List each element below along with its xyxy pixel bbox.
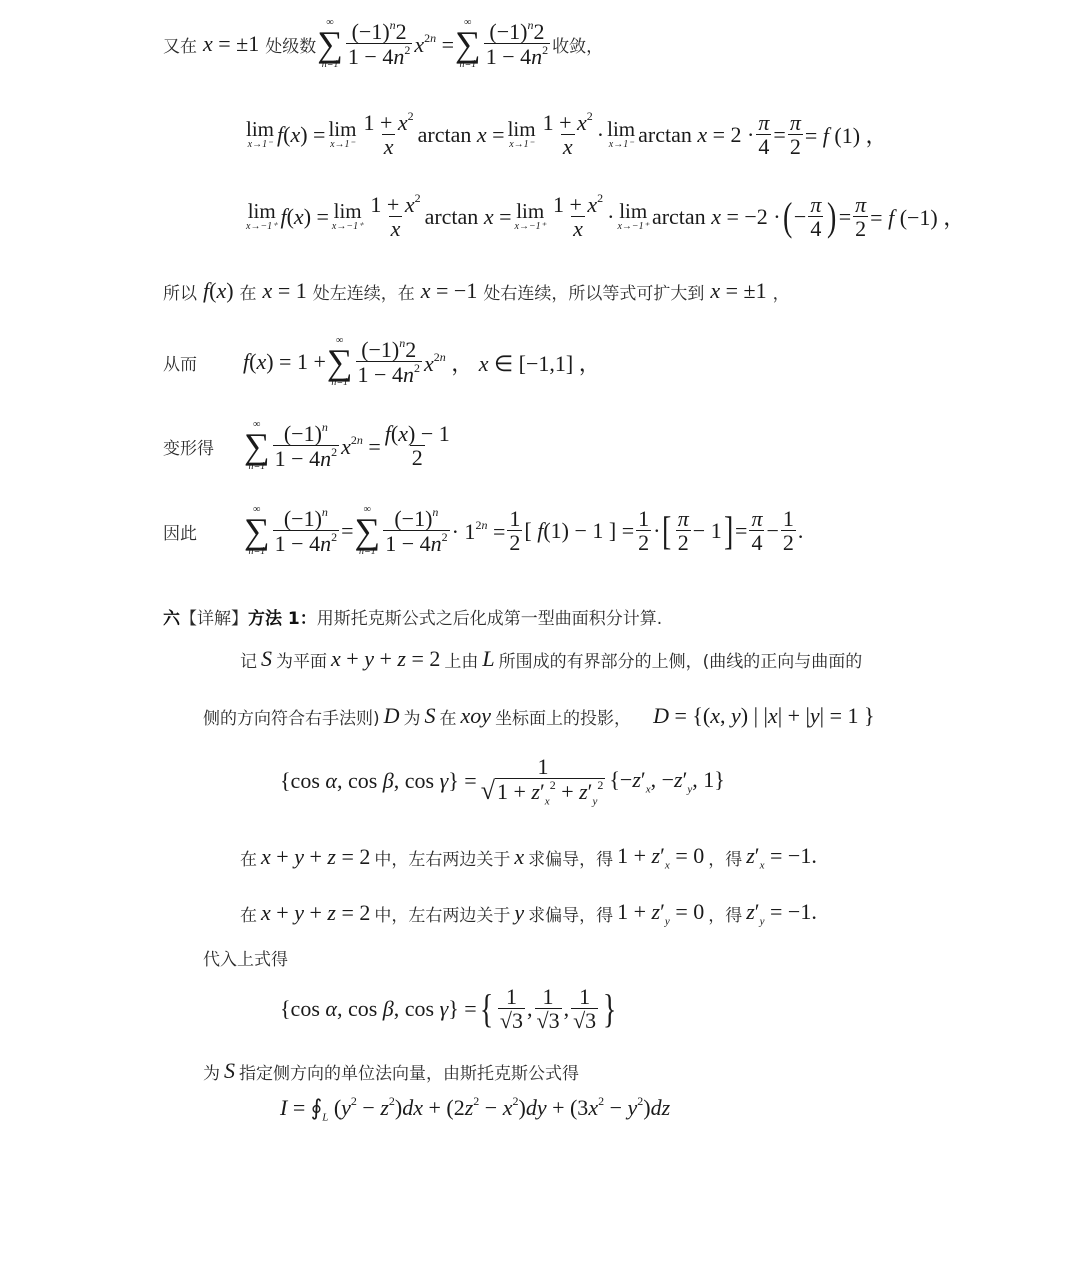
limit-right-line: limx→−1⁺ f(x) = limx→−1⁺ 1 + x2x arctan … <box>243 192 965 241</box>
conclusion-line: 因此 ∞∑n=1 (−1)n1 − 4n2 = ∞∑n=1 (−1)n1 − 4… <box>163 505 803 557</box>
partial-derivative-x: 在x + y + z = 2 中，左右两边关于x 求偏导，得1 + z′x = … <box>240 843 821 871</box>
text-fragment: 收敛， <box>552 32 603 57</box>
set-definition: D = {(x, y) | |x| + |y| = 1 } <box>653 703 874 729</box>
fraction: (−1)n21 − 4n2 <box>346 19 412 69</box>
text-fragment: 又在 <box>163 32 197 57</box>
math-fragment: x = ±1 <box>203 31 259 57</box>
fraction: (−1)n21 − 4n2 <box>484 19 550 69</box>
paragraph-line: 侧的方向符合右手法则)D 为S 在xoy 坐标面上的投影， D = {(x, y… <box>203 703 875 729</box>
limit-left-line: limx→1⁻ f(x) = limx→1⁻ 1 + x2x arctan x … <box>243 110 888 159</box>
summation: ∞∑n=1 <box>455 18 481 70</box>
unit-normal-result: {cos α, cos β, cos γ} = { 1√3, 1√3, 1√3 … <box>280 985 619 1033</box>
transform-line: 变形得 ∞∑n=1 (−1)n1 − 4n2 x2n = f(x) − 12 <box>163 420 454 472</box>
normal-vector-formula: {cos α, cos β, cos γ} = 1 √1 + z′x2 + z′… <box>280 755 725 808</box>
series-expansion-line: 从而 f(x) = 1 + ∞∑n=1 (−1)n21 − 4n2 x2n ， … <box>163 336 601 388</box>
section-heading: 六 【详解】 方法 1： 用斯托克斯公式之后化成第一型曲面积分计算. <box>163 604 662 629</box>
partial-derivative-y: 在x + y + z = 2 中，左右两边关于y 求偏导，得1 + z′y = … <box>240 899 821 927</box>
series-convergence-line: 又在 x = ±1 处级数 ∞∑n=1 (−1)n21 − 4n2 x2n = … <box>163 18 603 70</box>
paragraph-line: 记S 为平面x + y + z = 2 上由L 所围成的有界部分的上侧，(曲线的… <box>240 646 862 672</box>
paragraph-line: 代入上式得 <box>203 945 288 970</box>
summation: ∞∑n=1 <box>317 18 343 70</box>
text-fragment: 处级数 <box>265 32 316 57</box>
paragraph-line: 为S 指定侧方向的单位法向量，由斯托克斯公式得 <box>203 1058 579 1084</box>
stokes-integral: I = ∮L (y2 − z2)dx + (2z2 − x2)dy + (3x2… <box>280 1094 670 1123</box>
continuity-statement: 所以 f(x) 在 x = 1 处左连续，在 x = −1 处右连续，所以等式可… <box>163 278 790 304</box>
math-fragment: x2n = <box>414 31 454 58</box>
